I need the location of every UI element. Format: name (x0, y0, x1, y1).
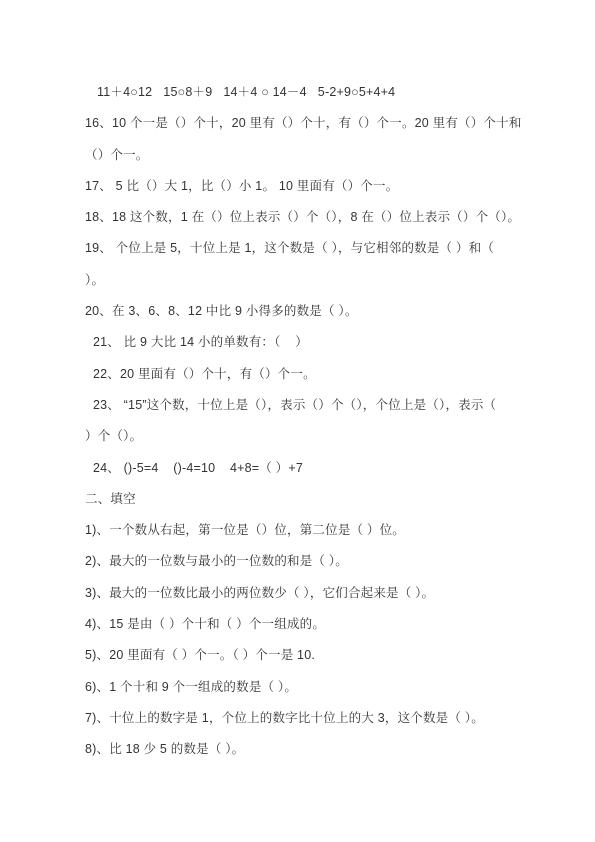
question-19-line-2: ）。 (85, 265, 570, 296)
fill-item-5: 5)、20 里面有（ ）个一。（ ）个一是 10. (85, 640, 570, 671)
question-22: 22、20 里面有（）个十，有（）个一。 (85, 359, 570, 390)
question-23-line-1: 23、 “15”这个数，十位上是（），表示（）个（），个位上是（），表示（ (85, 390, 570, 421)
fill-item-3: 3)、最大的一位数比最小的两位数少（ ），它们合起来是（ ）。 (85, 578, 570, 609)
question-19-line-1: 19、 个位上是 5，十位上是 1，这个数是（ ），与它相邻的数是（ ）和（ (85, 233, 570, 264)
question-18: 18、18 这个数，1 在（）位上表示（）个（），8 在（）位上表示（）个（）。 (85, 202, 570, 233)
section-2-header: 二、填空 (85, 484, 570, 515)
fill-item-4: 4)、15 是由（ ）个十和（ ）个一组成的。 (85, 609, 570, 640)
worksheet-page: 11＋4○12 15○8＋9 14＋4 ○ 14－4 5-2+9○5+4+4 1… (0, 0, 595, 842)
question-16-line-2: （）个一。 (85, 140, 570, 171)
question-23-line-2: ）个（）。 (85, 421, 570, 452)
fill-item-7: 7)、十位上的数字是 1，个位上的数字比十位上的大 3，这个数是（ ）。 (85, 703, 570, 734)
expression-row: 11＋4○12 15○8＋9 14＋4 ○ 14－4 5-2+9○5+4+4 (85, 77, 570, 108)
question-16-line-1: 16、10 个一是（）个十，20 里有（）个十，有（）个一。20 里有（）个十和 (85, 108, 570, 139)
question-21: 21、 比 9 大比 14 小的单数有：（ ） (85, 327, 570, 358)
question-24: 24、 ()-5=4 ()-4=10 4+8=（ ）+7 (85, 453, 570, 484)
question-20: 20、在 3、6、8、12 中比 9 小得多的数是（ ）。 (85, 296, 570, 327)
fill-item-6: 6)、1 个十和 9 个一组成的数是（ ）。 (85, 672, 570, 703)
fill-item-2: 2)、最大的一位数与最小的一位数的和是（ ）。 (85, 546, 570, 577)
fill-item-8: 8)、比 18 少 5 的数是（ ）。 (85, 734, 570, 765)
question-17: 17、 5 比（）大 1，比（）小 1。 10 里面有（）个一。 (85, 171, 570, 202)
fill-item-1: 1)、一个数从右起，第一位是（）位，第二位是（ ）位。 (85, 515, 570, 546)
